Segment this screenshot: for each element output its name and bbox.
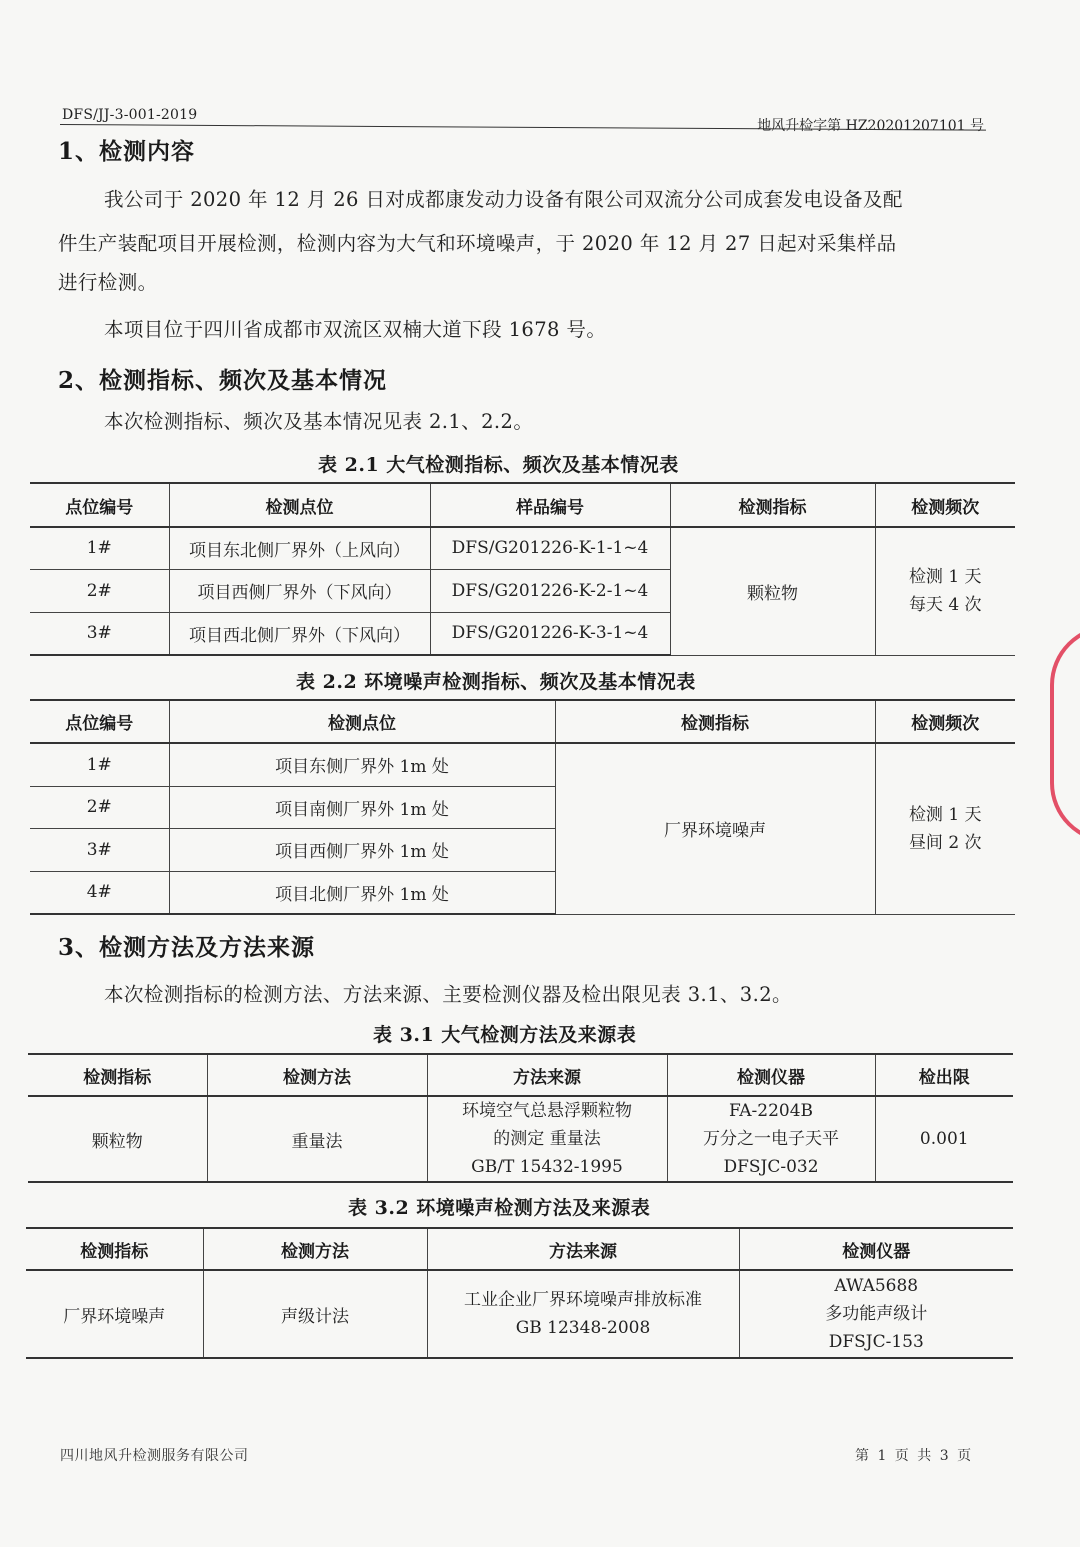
table-row: 1# 项目东侧厂界外 1m 处 厂界环境噪声 检测 1 天 昼间 2 次 bbox=[30, 743, 1015, 786]
table-header: 检测指标 bbox=[555, 700, 875, 743]
table-header: 检测点位 bbox=[169, 483, 430, 527]
section-1-title: 1、检测内容 bbox=[58, 133, 195, 166]
table-header: 检测指标 bbox=[670, 483, 875, 527]
table-2-2-caption: 表 2.2 环境噪声检测指标、频次及基本情况表 bbox=[296, 667, 696, 694]
detection-limit: 0.001 bbox=[875, 1096, 1013, 1182]
footer-company: 四川地风升检测服务有限公司 bbox=[60, 1445, 249, 1465]
table-header: 检出限 bbox=[875, 1054, 1013, 1096]
table-header: 检测指标 bbox=[26, 1228, 203, 1270]
instrument: AWA5688 多功能声级计 DFSJC-153 bbox=[739, 1270, 1013, 1358]
table-3-2-caption: 表 3.2 环境噪声检测方法及来源表 bbox=[348, 1193, 650, 1220]
indicator: 颗粒物 bbox=[670, 527, 875, 655]
table-header: 点位编号 bbox=[30, 483, 169, 527]
point-location: 项目南侧厂界外 1m 处 bbox=[169, 786, 555, 828]
table-3-2: 检测指标 检测方法 方法来源 检测仪器 厂界环境噪声 声级计法 工业企业厂界环境… bbox=[26, 1227, 1013, 1359]
method-source: 工业企业厂界环境噪声排放标准 GB 12348-2008 bbox=[427, 1270, 739, 1358]
point-id: 3# bbox=[30, 612, 169, 655]
point-location: 项目西北侧厂界外（下风向） bbox=[169, 612, 430, 655]
method: 声级计法 bbox=[203, 1270, 427, 1358]
section-1-paragraph-line-1: 我公司于 2020 年 12 月 26 日对成都康发动力设备有限公司双流分公司成… bbox=[104, 190, 903, 210]
point-id: 2# bbox=[30, 786, 169, 828]
section-1-paragraph-line-3: 进行检测。 bbox=[58, 273, 158, 293]
table-header: 检测仪器 bbox=[739, 1228, 1013, 1270]
table-header: 检测点位 bbox=[169, 700, 555, 743]
table-2-1: 点位编号 检测点位 样品编号 检测指标 检测频次 1# 项目东北侧厂界外（上风向… bbox=[30, 482, 1015, 656]
indicator: 厂界环境噪声 bbox=[555, 743, 875, 914]
section-2-title: 2、检测指标、频次及基本情况 bbox=[58, 362, 387, 395]
frequency: 检测 1 天 昼间 2 次 bbox=[875, 743, 1015, 914]
table-header: 检测方法 bbox=[207, 1054, 427, 1096]
page-number: 第 1 页 共 3 页 bbox=[855, 1445, 973, 1465]
section-3-title: 3、检测方法及方法来源 bbox=[58, 929, 315, 962]
sample-number: DFS/G201226-K-1-1~4 bbox=[430, 527, 670, 569]
point-id: 4# bbox=[30, 871, 169, 914]
point-location: 项目东北侧厂界外（上风向） bbox=[169, 527, 430, 569]
indicator: 颗粒物 bbox=[28, 1096, 207, 1182]
point-location: 项目北侧厂界外 1m 处 bbox=[169, 871, 555, 914]
table-3-1: 检测指标 检测方法 方法来源 检测仪器 检出限 颗粒物 重量法 环境空气总悬浮颗… bbox=[28, 1053, 1013, 1183]
section-3-intro: 本次检测指标的检测方法、方法来源、主要检测仪器及检出限见表 3.1、3.2。 bbox=[104, 985, 792, 1005]
table-row: 颗粒物 重量法 环境空气总悬浮颗粒物 的测定 重量法 GB/T 15432-19… bbox=[28, 1096, 1013, 1182]
point-id: 2# bbox=[30, 569, 169, 612]
table-header: 检测指标 bbox=[28, 1054, 207, 1096]
seal-stamp-icon bbox=[1050, 625, 1080, 843]
point-location: 项目东侧厂界外 1m 处 bbox=[169, 743, 555, 786]
frequency: 检测 1 天 每天 4 次 bbox=[875, 527, 1015, 655]
section-2-intro: 本次检测指标、频次及基本情况见表 2.1、2.2。 bbox=[104, 412, 533, 432]
point-id: 3# bbox=[30, 828, 169, 871]
table-row: 厂界环境噪声 声级计法 工业企业厂界环境噪声排放标准 GB 12348-2008… bbox=[26, 1270, 1013, 1358]
table-2-1-caption: 表 2.1 大气检测指标、频次及基本情况表 bbox=[318, 450, 679, 477]
table-header: 检测方法 bbox=[203, 1228, 427, 1270]
report-number: 地风升检字第 HZ20201207101 号 bbox=[757, 115, 984, 135]
table-header: 检测频次 bbox=[875, 483, 1015, 527]
table-header: 点位编号 bbox=[30, 700, 169, 743]
point-location: 项目西侧厂界外 1m 处 bbox=[169, 828, 555, 871]
sample-number: DFS/G201226-K-3-1~4 bbox=[430, 612, 670, 655]
sample-number: DFS/G201226-K-2-1~4 bbox=[430, 569, 670, 612]
point-id: 1# bbox=[30, 527, 169, 569]
table-header: 方法来源 bbox=[427, 1228, 739, 1270]
table-header: 方法来源 bbox=[427, 1054, 667, 1096]
table-2-2: 点位编号 检测点位 检测指标 检测频次 1# 项目东侧厂界外 1m 处 厂界环境… bbox=[30, 699, 1015, 915]
table-header: 检测频次 bbox=[875, 700, 1015, 743]
table-row: 1# 项目东北侧厂界外（上风向） DFS/G201226-K-1-1~4 颗粒物… bbox=[30, 527, 1015, 569]
section-1-paragraph-line-2: 件生产装配项目开展检测，检测内容为大气和环境噪声，于 2020 年 12 月 2… bbox=[58, 234, 897, 254]
point-location: 项目西侧厂界外（下风向） bbox=[169, 569, 430, 612]
indicator: 厂界环境噪声 bbox=[26, 1270, 203, 1358]
method-source: 环境空气总悬浮颗粒物 的测定 重量法 GB/T 15432-1995 bbox=[427, 1096, 667, 1182]
project-location: 本项目位于四川省成都市双流区双楠大道下段 1678 号。 bbox=[104, 320, 606, 340]
document-code: DFS/JJ-3-001-2019 bbox=[62, 107, 197, 123]
point-id: 1# bbox=[30, 743, 169, 786]
table-3-1-caption: 表 3.1 大气检测方法及来源表 bbox=[373, 1020, 636, 1047]
table-header: 样品编号 bbox=[430, 483, 670, 527]
instrument: FA-2204B 万分之一电子天平 DFSJC-032 bbox=[667, 1096, 875, 1182]
table-header: 检测仪器 bbox=[667, 1054, 875, 1096]
method: 重量法 bbox=[207, 1096, 427, 1182]
